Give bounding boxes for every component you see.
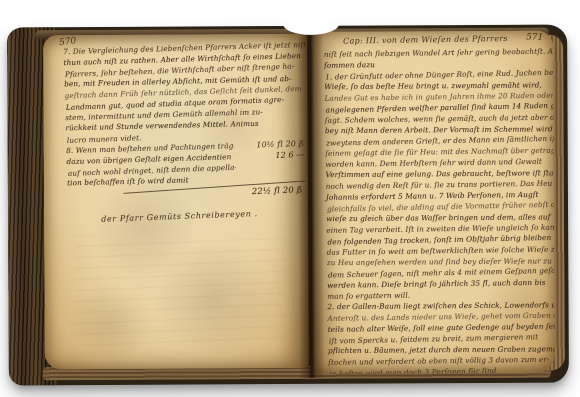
- closing-line: der Pfarr Gemüts Schreibereyen .: [101, 206, 307, 225]
- handwritten-line: pflichten u. Bäumen, jetzt durch dem neu…: [328, 343, 552, 356]
- left-page: 570 7. Die Vergleichung des Liebenſchen …: [43, 34, 309, 369]
- stain: [144, 244, 285, 355]
- paragraph-7: 7. Die Vergleichung des Liebenſchen Pfar…: [63, 39, 304, 145]
- handwritten-line: Verſtimmen auf eine gelung. Das gebrauch…: [325, 167, 549, 180]
- stain: [64, 285, 154, 365]
- paragraph-8: 8. Wenn man beſtehen und Pachtungen träg…: [66, 138, 306, 204]
- left-page-text: 7. Die Vergleichung des Liebenſchen Pfar…: [63, 39, 306, 225]
- chapter-heading: Cap: III. von dem Wieſen des Pfarrers: [343, 34, 508, 46]
- account-row-amount: [236, 167, 306, 170]
- right-page-text: niſt ſeit nach ſiebzigen Wandel Art ſehr…: [324, 46, 553, 374]
- handwritten-line: wieſe zu gleich über das Waſſer bringen …: [326, 211, 550, 224]
- right-page: Cap: III. von dem Wieſen des Pfarrers 57…: [309, 31, 555, 374]
- ink-showthrough: [74, 234, 285, 345]
- right-page-number: 571: [526, 32, 543, 43]
- open-book: 570 7. Die Vergleichung des Liebenſchen …: [7, 25, 569, 386]
- manuscript-photo: 570 7. Die Vergleichung des Liebenſchen …: [0, 0, 580, 397]
